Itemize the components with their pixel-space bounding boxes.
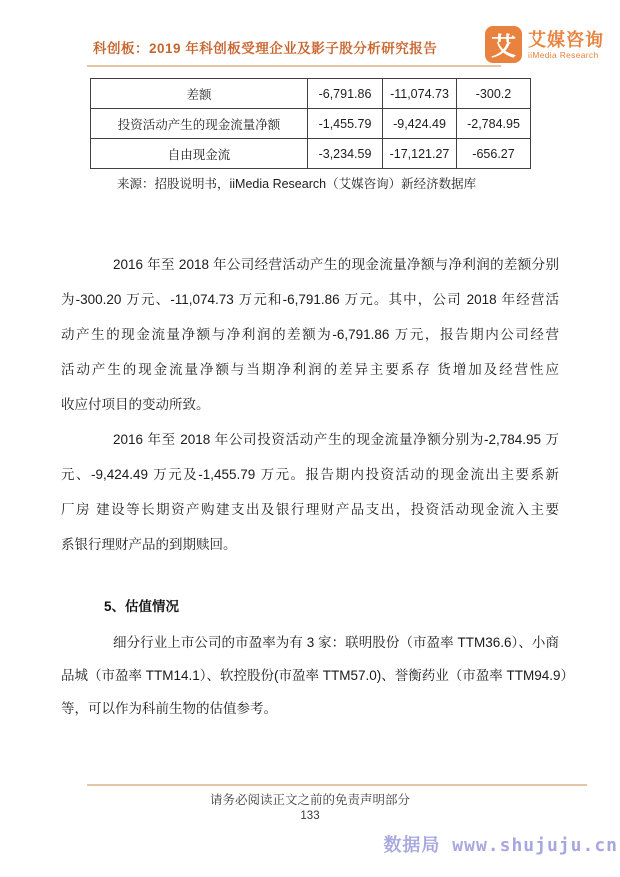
text-line: 动产生的现金流量净额与净利润的差额为-6,791.86 万元，报告期内公司经营: [61, 317, 559, 352]
brand-name-cn: 艾媒咨询: [528, 30, 604, 50]
text-line: 品城（市盈率 TTM14.1）、软控股份(市盈率 TTM57.0)、誉衡药业（市…: [61, 659, 559, 692]
iimedia-logo: 艾 艾媒咨询 iiMedia Research: [485, 26, 604, 63]
cell-value: -300.2: [457, 79, 531, 109]
table-row: 差额 -6,791.86 -11,074.73 -300.2: [91, 79, 531, 109]
logo-glyph: 艾: [491, 27, 516, 63]
table-source-note: 来源：招股说明书，iiMedia Research（艾媒咨询）新经济数据库: [117, 174, 476, 192]
text-line: 收应付项目的变动所致。: [61, 387, 559, 422]
brand-name-en: iiMedia Research: [528, 50, 604, 60]
text-line: 活动产生的现金流量净额与当期净利润的差异主要系存 货增加及经营性应: [61, 352, 559, 387]
text-line: 2016 年至 2018 年公司经营活动产生的现金流量净额与净利润的差额分别: [61, 247, 559, 282]
header-divider: [87, 65, 501, 67]
footer-disclaimer: 请务必阅读正文之前的免责声明部分: [0, 790, 620, 808]
cell-value: -2,784.95: [457, 109, 531, 139]
logo-text: 艾媒咨询 iiMedia Research: [528, 30, 604, 60]
paragraph-operating-cashflow: 2016 年至 2018 年公司经营活动产生的现金流量净额与净利润的差额分别 为…: [61, 247, 559, 422]
paragraph-investing-cashflow: 2016 年至 2018 年公司投资活动产生的现金流量净额分别为-2,784.9…: [61, 422, 559, 562]
cell-value: -17,121.27: [383, 139, 457, 169]
iimedia-logo-icon: 艾: [485, 26, 522, 63]
text-line: 元、-9,424.49 万元及-1,455.79 万元。报告期内投资活动的现金流…: [61, 457, 559, 492]
table-row: 投资活动产生的现金流量净额 -1,455.79 -9,424.49 -2,784…: [91, 109, 531, 139]
table-row: 自由现金流 -3,234.59 -17,121.27 -656.27: [91, 139, 531, 169]
section-heading-valuation: 5、估值情况: [104, 595, 179, 615]
cell-value: -11,074.73: [383, 79, 457, 109]
cell-value: -1,455.79: [308, 109, 383, 139]
row-label: 差额: [91, 79, 308, 109]
text-line: 细分行业上市公司的市盈率为有 3 家：联明股份（市盈率 TTM36.6）、小商: [61, 626, 559, 659]
footer-divider: [87, 784, 587, 786]
row-label: 自由现金流: [91, 139, 308, 169]
cell-value: -656.27: [457, 139, 531, 169]
text-line: 为-300.20 万元、-11,074.73 万元和-6,791.86 万元。其…: [61, 282, 559, 317]
cashflow-table: 差额 -6,791.86 -11,074.73 -300.2 投资活动产生的现金…: [90, 78, 531, 169]
page-number: 133: [0, 810, 620, 822]
text-line: 2016 年至 2018 年公司投资活动产生的现金流量净额分别为-2,784.9…: [61, 422, 559, 457]
cell-value: -9,424.49: [383, 109, 457, 139]
report-page: 科创板：2019 年科创板受理企业及影子股分析研究报告 艾 艾媒咨询 iiMed…: [0, 0, 620, 877]
report-header-title: 科创板：2019 年科创板受理企业及影子股分析研究报告: [93, 37, 437, 57]
cell-value: -6,791.86: [308, 79, 383, 109]
text-line: 系银行理财产品的到期赎回。: [61, 527, 559, 562]
shujuju-watermark: 数据局 www.shujuju.cn: [383, 831, 618, 857]
cell-value: -3,234.59: [308, 139, 383, 169]
row-label: 投资活动产生的现金流量净额: [91, 109, 308, 139]
text-line: 等，可以作为科前生物的估值参考。: [61, 692, 559, 725]
paragraph-valuation: 细分行业上市公司的市盈率为有 3 家：联明股份（市盈率 TTM36.6）、小商 …: [61, 626, 559, 725]
text-line: 厂房 建设等长期资产购建支出及银行理财产品支出，投资活动现金流入主要: [61, 492, 559, 527]
